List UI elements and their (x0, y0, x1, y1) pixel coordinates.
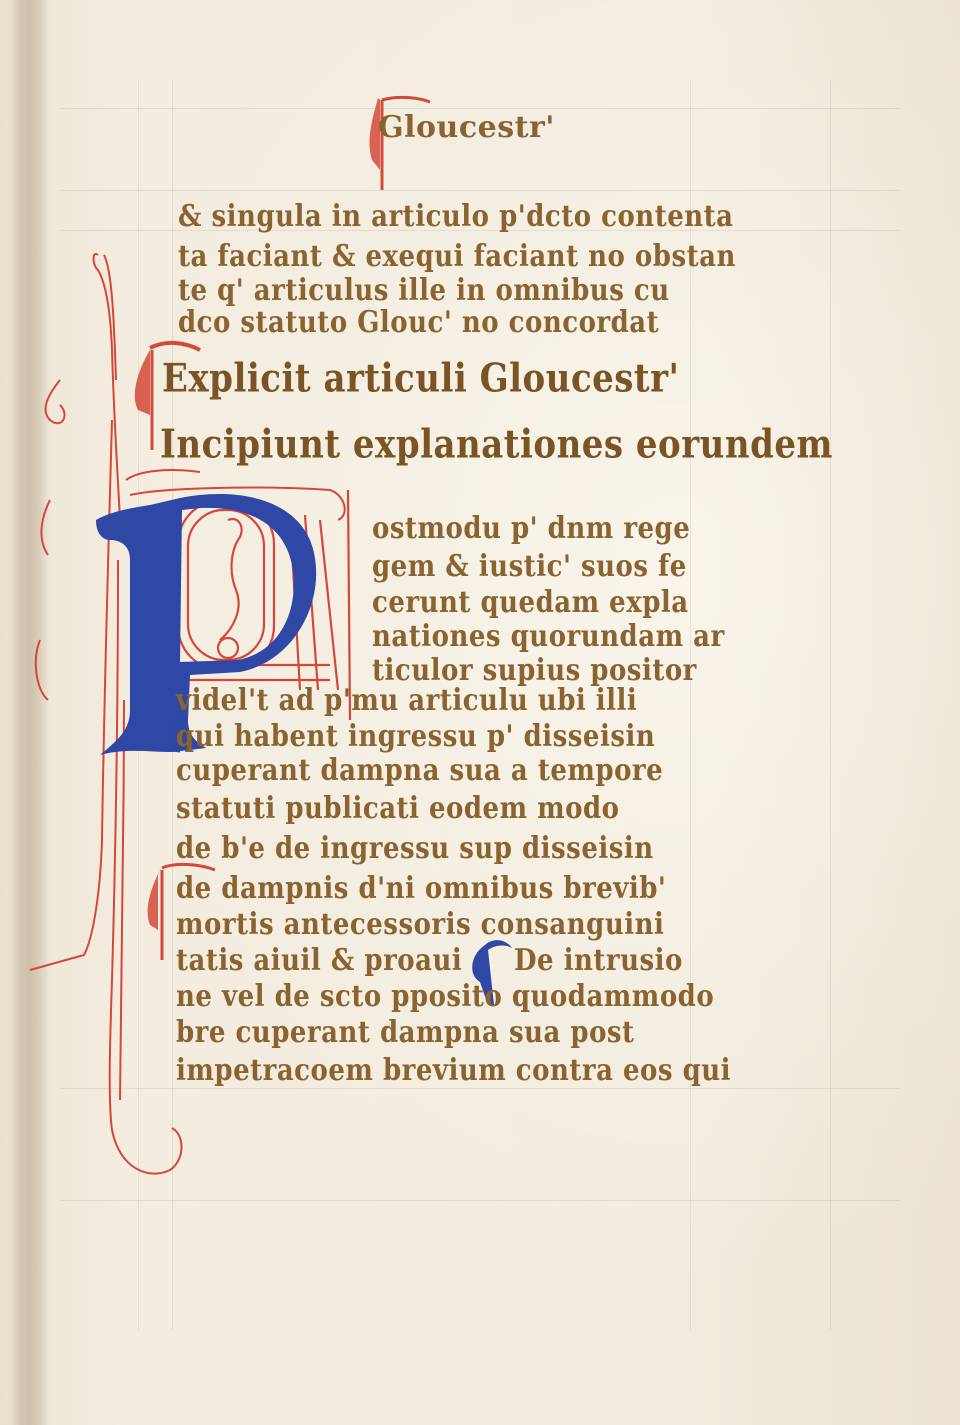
text-line: & singula in articulo p'dcto contenta (178, 196, 734, 237)
running-head: Gloucestr' (378, 110, 555, 145)
section-heading: Explicit articuli Gloucestr' (162, 358, 679, 399)
text-line: impetracoem brevium contra eos qui (176, 1050, 731, 1091)
text-line: ostmodu p' dnm rege (372, 508, 690, 549)
heading-rubric (135, 350, 150, 415)
section-heading: Incipiunt explanationes eorundem (160, 424, 833, 465)
text-line: de b'e de ingressu sup disseisin (176, 828, 654, 869)
text-line: statuti publicati eodem modo (176, 788, 620, 829)
text-line: dco statuto Glouc' no concordat (178, 302, 659, 343)
paragraph-rubric (148, 870, 160, 930)
text-line: cuperant dampna sua a tempore (176, 750, 663, 791)
text-line: bre cuperant dampna sua post (176, 1012, 635, 1053)
